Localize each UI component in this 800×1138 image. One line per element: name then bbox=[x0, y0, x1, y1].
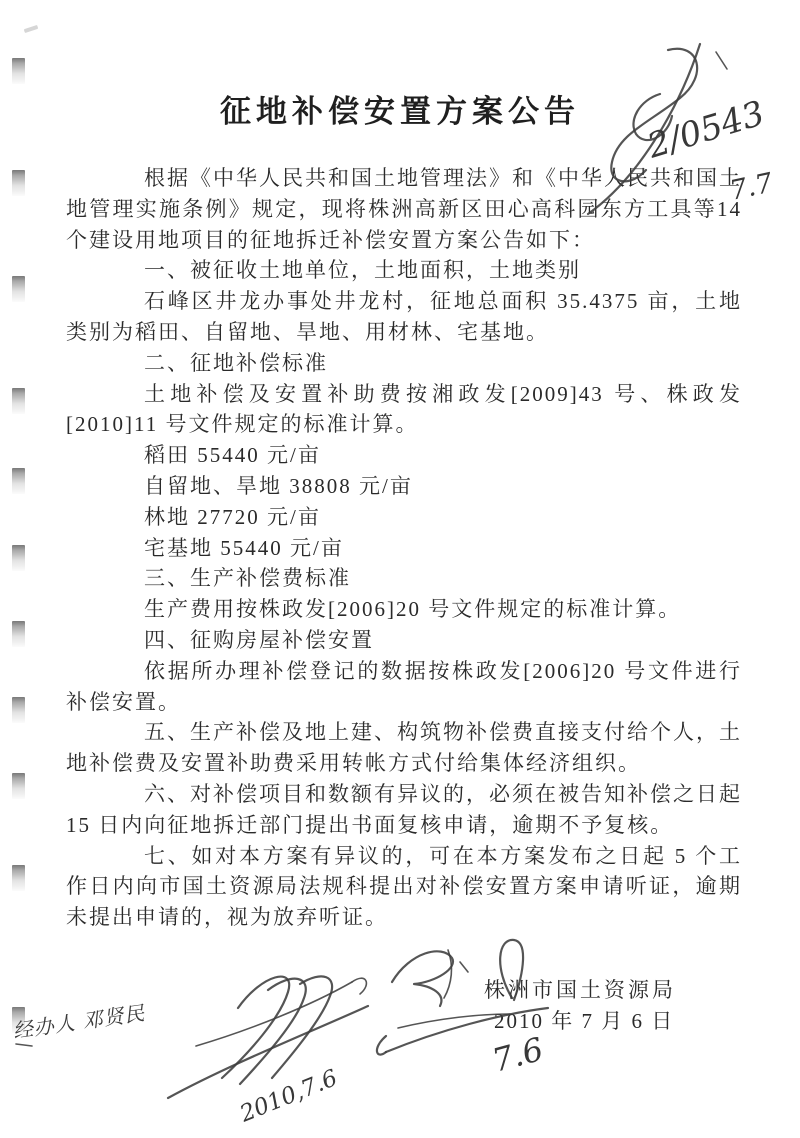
binder-mark bbox=[12, 276, 25, 302]
center-signature-scribble: 2010,7.6 bbox=[168, 976, 368, 1128]
center-date-handwriting: 2010,7.6 bbox=[236, 1065, 342, 1128]
paragraph: 根据《中华人民共和国土地管理法》和《中华人民共和国土地管理实施条例》规定，现将株… bbox=[66, 163, 742, 255]
paragraph: 自留地、旱地 38808 元/亩 bbox=[66, 471, 742, 502]
binder-mark bbox=[12, 1007, 25, 1033]
scan-artifact bbox=[24, 25, 39, 33]
left-handwritten-note: 经办人 邓贤民 bbox=[11, 1001, 146, 1046]
paragraph: 稻田 55440 元/亩 bbox=[66, 440, 742, 471]
binder-mark bbox=[12, 773, 25, 799]
svg-text:经办人 邓贤民: 经办人 邓贤民 bbox=[11, 1001, 146, 1043]
paragraph: 生产费用按株政发[2006]20 号文件规定的标准计算。 bbox=[66, 594, 742, 625]
paragraph: 依据所办理补偿登记的数据按株政发[2006]20 号文件进行补偿安置。 bbox=[66, 656, 742, 718]
binder-mark bbox=[12, 468, 25, 494]
right-date-handwriting: 7.6 bbox=[488, 1030, 547, 1080]
paragraph: 六、对补偿项目和数额有异议的，必须在被告知补偿之日起15 日内向征地拆迁部门提出… bbox=[66, 779, 742, 841]
document-title: 征地补偿安置方案公告 bbox=[0, 86, 800, 131]
paragraph: 四、征购房屋补偿安置 bbox=[66, 625, 742, 656]
binder-mark bbox=[12, 170, 25, 196]
issue-date: 2010 年 7 月 6 日 bbox=[494, 1005, 674, 1035]
binder-mark bbox=[12, 621, 25, 647]
paragraph: 土地补偿及安置补助费按湘政发[2009]43 号、株政发[2010]11 号文件… bbox=[66, 379, 742, 441]
paragraph: 一、被征收土地单位，土地面积，土地类别 bbox=[66, 255, 742, 286]
binder-mark bbox=[12, 388, 25, 414]
binder-mark bbox=[12, 545, 25, 571]
paragraph: 七、如对本方案有异议的，可在本方案发布之日起 5 个工作日内向市国土资源局法规科… bbox=[66, 841, 742, 933]
paragraph: 五、生产补偿及地上建、构筑物补偿费直接支付给个人，土地补偿费及安置补助费采用转帐… bbox=[66, 717, 742, 779]
paragraph: 石峰区井龙办事处井龙村，征地总面积 35.4375 亩，土地类别为稻田、自留地、… bbox=[66, 286, 742, 348]
issuing-organization: 株洲市国土资源局 bbox=[484, 974, 676, 1004]
binder-mark bbox=[12, 697, 25, 723]
paragraph: 宅基地 55440 元/亩 bbox=[66, 533, 742, 564]
binder-mark bbox=[12, 58, 25, 84]
binder-mark bbox=[12, 865, 25, 891]
paragraph: 二、征地补偿标准 bbox=[66, 348, 742, 379]
scanned-document-page: 征地补偿安置方案公告 根据《中华人民共和国土地管理法》和《中华人民共和国土地管理… bbox=[0, 0, 800, 1138]
document-body: 根据《中华人民共和国土地管理法》和《中华人民共和国土地管理实施条例》规定，现将株… bbox=[66, 163, 742, 933]
paragraph: 三、生产补偿费标准 bbox=[66, 563, 742, 594]
paragraph: 林地 27720 元/亩 bbox=[66, 502, 742, 533]
